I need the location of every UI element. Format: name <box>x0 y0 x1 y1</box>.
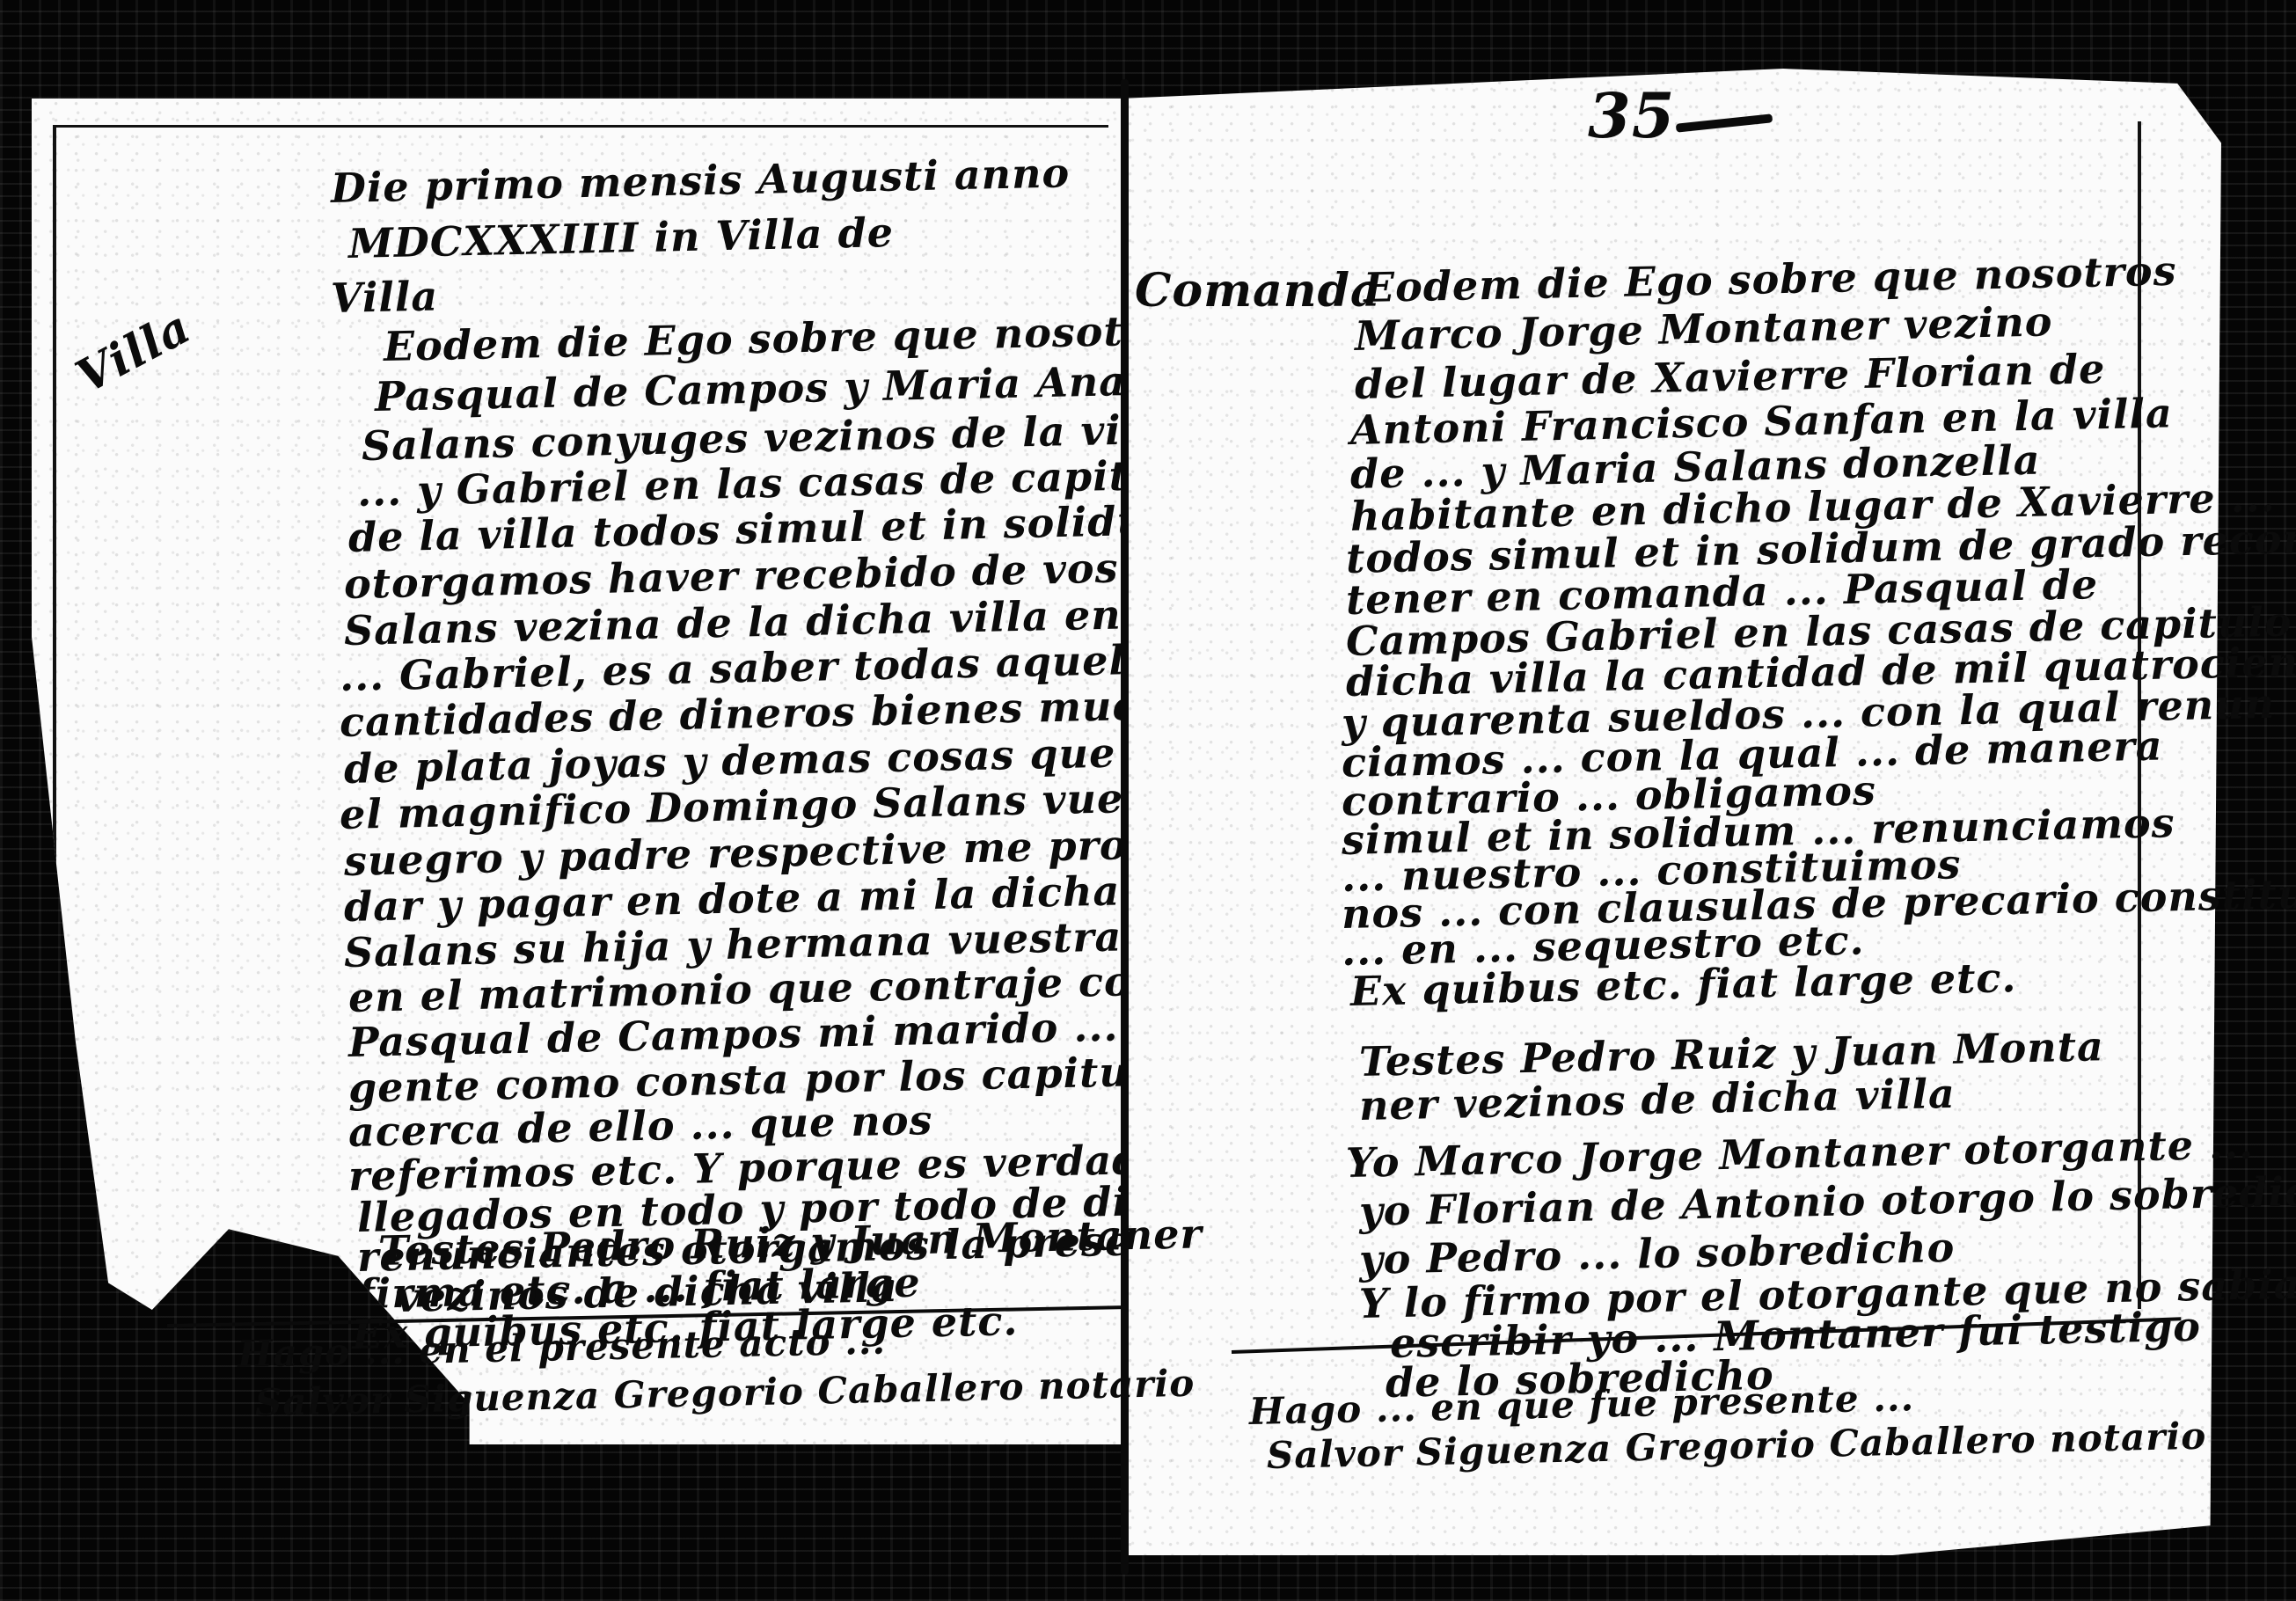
text-line: Die primo mensis Augusti anno <box>330 149 1070 212</box>
text-line: MDCXXXIIII in Villa de <box>347 208 894 267</box>
margin-note: Villa <box>68 300 200 404</box>
left-page-border <box>53 125 56 1356</box>
margin-heading-comanda: Comanda <box>1135 264 1381 318</box>
text-line: Villa <box>330 272 438 322</box>
folio-number: 35 <box>1588 79 1675 152</box>
manuscript-spread: Villa Die primo mensis Augusti anno MDCX… <box>0 0 2296 1601</box>
page-fold <box>1121 79 1129 1575</box>
left-page-top-border <box>53 125 1108 128</box>
